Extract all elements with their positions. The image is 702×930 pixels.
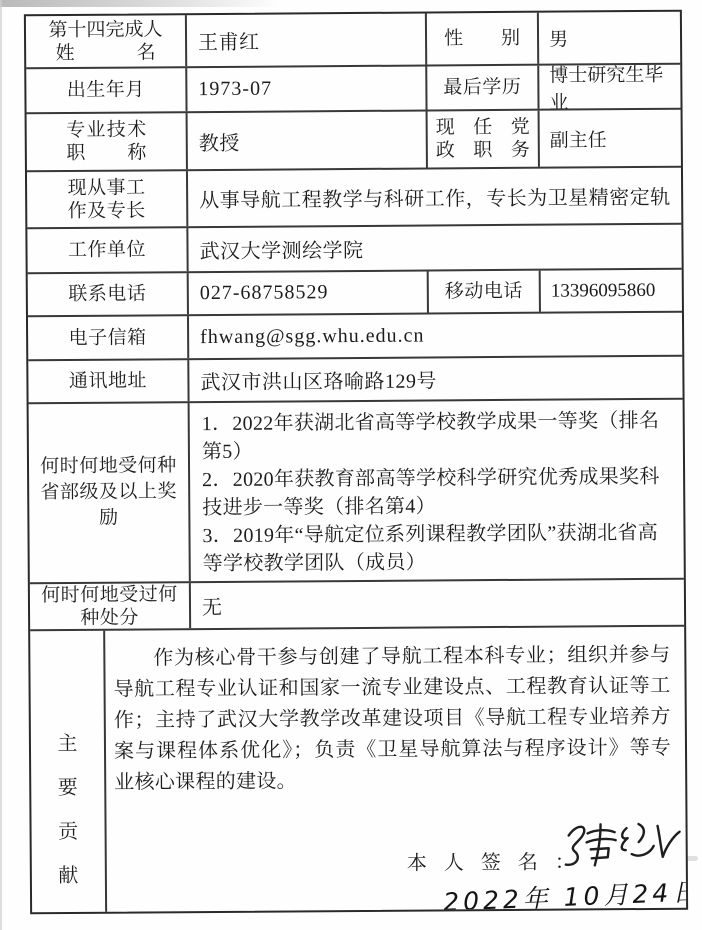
- awards-label-line1: 何时何地受何种: [40, 453, 177, 480]
- mobile-label-cell: 移动电话: [429, 271, 541, 313]
- birth-value: 1973-07: [198, 78, 272, 102]
- label-completer-name-line1: 第十四完成人: [48, 18, 162, 42]
- title-value: 教授: [199, 126, 240, 155]
- row-punishment: 何时何地受过何 种处分 无: [30, 580, 684, 632]
- row-phones: 联系电话 027-68758529 移动电话 13396095860: [28, 270, 682, 318]
- title-label-line1: 专业技术: [66, 118, 146, 142]
- title-label-line2: 职称: [66, 141, 146, 165]
- employer-value: 武汉大学测绘学院: [199, 234, 363, 264]
- phone-value: 027-68758529: [200, 281, 329, 305]
- scan-artifact-left-edge: [0, 0, 2, 930]
- punishment-value-cell: 无: [191, 580, 684, 628]
- contributions-paragraph: 作为核心骨干参与创建了导航工程本科专业；组织并参与导航工程专业认证和国家一流专业…: [113, 640, 671, 799]
- personnel-form-table: 第十四完成人 姓名 王甫红 性别 男 出生年月 1973-07 最后学历 博士研…: [24, 10, 688, 915]
- row-current-work: 现从事工 作及专长 从事导航工程教学与科研工作，专长为卫星精密定轨: [27, 168, 681, 230]
- work-specialty-value-cell: 从事导航工程教学与科研工作，专长为卫星精密定轨: [188, 168, 681, 226]
- contributions-label-char: 贡: [58, 815, 78, 844]
- gender-value: 男: [549, 25, 568, 52]
- birth-label-cell: 出生年月: [26, 68, 187, 112]
- scan-artifact-top: [0, 0, 280, 7]
- address-label-cell: 通讯地址: [28, 360, 189, 402]
- phone-label-cell: 联系电话: [28, 273, 189, 315]
- awards-value-cell: 1．2022年获湖北省高等学校教学成果一等奖（排名第5） 2．2020年获教育部…: [190, 400, 684, 581]
- contributions-label-char: 主: [57, 727, 77, 756]
- work-specialty-label-line2: 作及专长: [68, 199, 146, 223]
- awards-label-cell: 何时何地受何种 省部级及以上奖 励: [29, 403, 191, 582]
- scanned-form-page: { "form": { "row1": { "label_line1": "第十…: [0, 0, 702, 930]
- address-value-cell: 武汉市洪山区珞喻路129号: [189, 357, 682, 401]
- post-value: 副主任: [550, 125, 607, 152]
- awards-label-line3: 励: [99, 506, 119, 532]
- work-specialty-label-line1: 现从事工: [67, 176, 145, 200]
- education-label-cell: 最后学历: [427, 66, 539, 110]
- mobile-value-cell: 13396095860: [541, 270, 682, 312]
- row-email: 电子信箱 fhwang@sgg.whu.edu.cn: [28, 313, 682, 362]
- email-value-cell: fhwang@sgg.whu.edu.cn: [189, 313, 682, 358]
- row-title-post: 专业技术 职称 教授 现任党 政职务 副主任: [27, 110, 681, 173]
- title-value-cell: 教授: [188, 111, 428, 169]
- gender-value-cell: 男: [539, 12, 680, 64]
- post-label-line2: 政职务: [436, 139, 530, 163]
- punishment-label-line2: 种处分: [80, 606, 139, 629]
- post-value-cell: 副主任: [540, 110, 681, 167]
- education-value: 博士研究生毕业: [549, 65, 680, 109]
- awards-label-line2: 省部级及以上奖: [40, 479, 177, 506]
- gender-label: 性别: [444, 27, 520, 51]
- contributions-label-char: 要: [58, 771, 78, 800]
- row-employer: 工作单位 武汉大学测绘学院: [27, 225, 681, 275]
- title-label-cell: 专业技术 职称: [27, 113, 188, 170]
- phone-label: 联系电话: [68, 282, 146, 306]
- punishment-label-line1: 何时何地受过何: [41, 583, 178, 607]
- name-label-cell: 第十四完成人 姓名: [26, 15, 187, 67]
- employer-label: 工作单位: [68, 238, 146, 262]
- row-name-gender: 第十四完成人 姓名 王甫红 性别 男: [26, 12, 680, 70]
- work-specialty-label-cell: 现从事工 作及专长: [27, 171, 188, 227]
- name-value: 王甫红: [198, 26, 260, 55]
- post-label-line1: 现任党: [436, 116, 530, 140]
- award-item: 1．2022年获湖北省高等学校教学成果一等奖（排名第5）: [202, 407, 675, 466]
- contributions-value-cell: 作为核心骨干参与创建了导航工程本科专业；组织并参与导航工程专业认证和国家一流专业…: [105, 627, 686, 912]
- contributions-label-char: 献: [58, 859, 78, 888]
- mobile-value: 13396095860: [551, 279, 656, 302]
- row-contributions: 主 要 贡 献 作为核心骨干参与创建了导航工程本科专业；组织并参与导航工程专业认…: [30, 627, 686, 913]
- row-birth-education: 出生年月 1973-07 最后学历 博士研究生毕业: [26, 65, 680, 115]
- education-label: 最后学历: [443, 76, 521, 100]
- education-value-cell: 博士研究生毕业: [539, 65, 680, 109]
- punishment-label-cell: 何时何地受过何 种处分: [30, 583, 191, 629]
- employer-value-cell: 武汉大学测绘学院: [188, 225, 681, 271]
- award-item: 2．2020年获教育部高等学校科学研究优秀成果奖科技进步一等奖（排名第4）: [202, 463, 675, 522]
- birth-value-cell: 1973-07: [187, 66, 427, 111]
- gender-label-cell: 性别: [427, 13, 539, 65]
- punishment-value: 无: [202, 591, 223, 620]
- birth-label: 出生年月: [67, 78, 145, 102]
- email-value: fhwang@sgg.whu.edu.cn: [200, 324, 425, 349]
- employer-label-cell: 工作单位: [27, 228, 188, 272]
- row-awards: 何时何地受何种 省部级及以上奖 励 1．2022年获湖北省高等学校教学成果一等奖…: [29, 400, 684, 585]
- work-specialty-value: 从事导航工程教学与科研工作，专长为卫星精密定轨: [199, 181, 671, 213]
- address-value: 武汉市洪山区珞喻路129号: [200, 364, 437, 395]
- phone-value-cell: 027-68758529: [189, 271, 429, 314]
- post-label-cell: 现任党 政职务: [428, 111, 540, 168]
- award-item: 3．2019年“导航定位系列课程教学团队”获湖北省高等学校教学团队（成员）: [202, 519, 675, 578]
- handwritten-date: 2022年 10月24日: [442, 872, 686, 912]
- contributions-label-cell: 主 要 贡 献: [30, 631, 107, 913]
- address-label: 通讯地址: [69, 369, 147, 393]
- label-completer-name-line2: 姓名: [56, 41, 156, 65]
- row-address: 通讯地址 武汉市洪山区珞喻路129号: [28, 357, 682, 405]
- mobile-label: 移动电话: [445, 280, 523, 304]
- email-label: 电子信箱: [69, 326, 147, 350]
- name-value-cell: 王甫红: [187, 13, 427, 66]
- email-label-cell: 电子信箱: [28, 316, 189, 359]
